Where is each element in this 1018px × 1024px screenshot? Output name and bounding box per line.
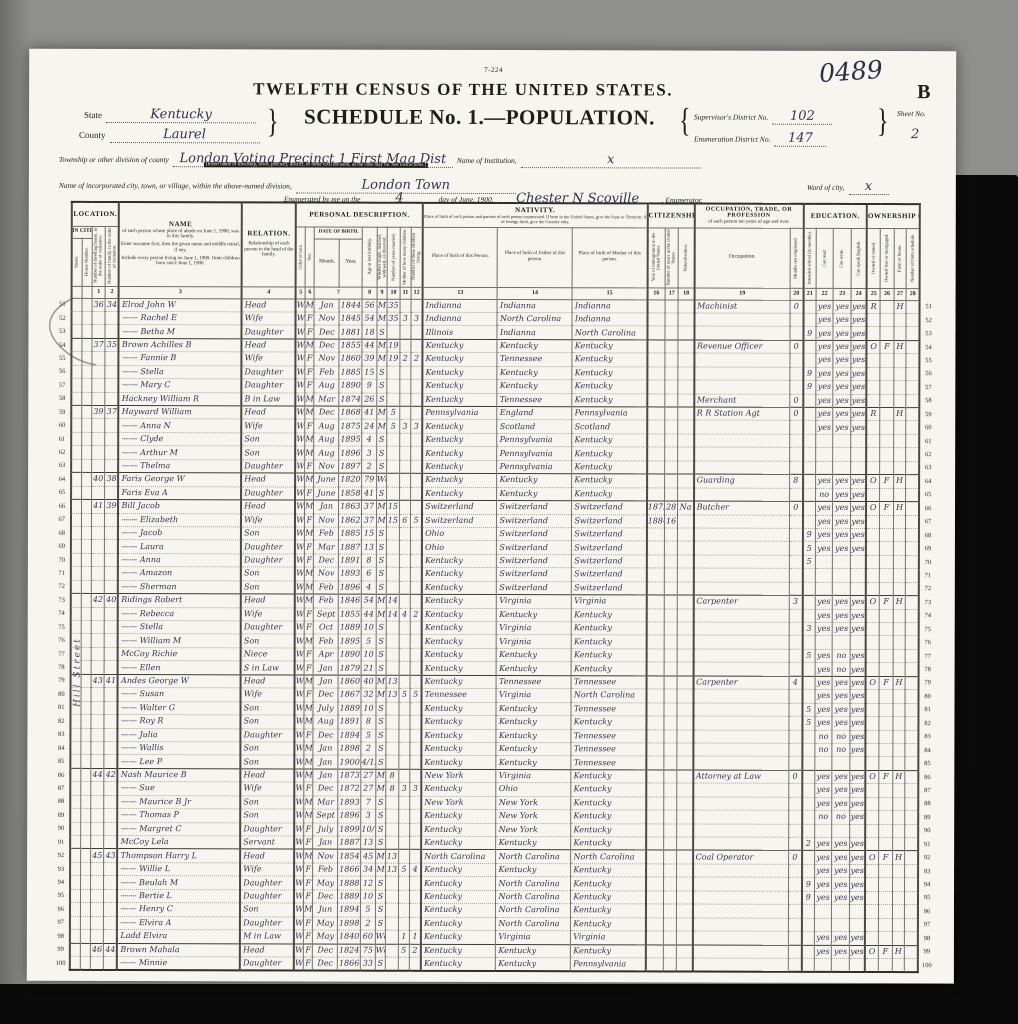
cell-fs xyxy=(906,421,920,434)
cell-mo xyxy=(399,541,410,554)
cell-own: O xyxy=(866,502,880,515)
cell-dw xyxy=(90,956,104,970)
cell-cl xyxy=(411,339,423,352)
cell-mne xyxy=(789,448,803,461)
cell-mar: S xyxy=(376,487,386,500)
cell-mar: S xyxy=(376,581,386,594)
cell-own xyxy=(865,932,879,945)
cell-nat xyxy=(678,420,694,433)
cell-pob: Ohio xyxy=(422,541,497,555)
cell-own xyxy=(866,555,880,568)
cell-fam xyxy=(105,661,119,674)
cell-rd: yes xyxy=(816,300,834,313)
cell-mne: 3 xyxy=(789,595,803,608)
cell-name: —— Roy R xyxy=(118,715,241,729)
cell-mo: 5 xyxy=(398,863,409,876)
cell-mar: S xyxy=(376,729,386,742)
form-number: 7-224 xyxy=(484,66,503,74)
cell-mpob: Kentucky xyxy=(572,474,647,488)
cell-en xyxy=(850,555,866,568)
cell-rd: yes xyxy=(814,851,832,864)
cell-byr: 1900 xyxy=(338,755,361,768)
cell-fpob: Tennessee xyxy=(497,393,572,407)
cell-fpob: Pennsylvania xyxy=(497,447,572,461)
cell-fm xyxy=(880,313,894,326)
state-line: State Kentucky xyxy=(84,105,256,123)
cell-mo xyxy=(399,460,410,473)
cell-fpob: Kentucky xyxy=(496,756,571,770)
col-farm-sched: Number of farm schedule. xyxy=(906,228,920,288)
cell-own xyxy=(866,582,880,595)
cell-mpob: Tennessee xyxy=(571,756,646,770)
cell-ym xyxy=(387,379,400,392)
cell-en xyxy=(850,824,866,837)
cell-fm xyxy=(880,542,894,555)
cell-mar: M xyxy=(377,406,387,419)
cell-name: Brown Mahala xyxy=(117,943,240,957)
cell-st xyxy=(70,876,80,889)
cell-own xyxy=(866,488,880,501)
cell-fam: 35 xyxy=(105,338,119,351)
cell-rd: yes xyxy=(815,703,833,716)
cell-imm xyxy=(647,434,665,447)
cell-bmo: Dec xyxy=(313,890,338,904)
cell-cl xyxy=(411,379,423,392)
cell-color: W xyxy=(296,393,305,406)
cell-yus xyxy=(663,918,677,931)
cell-sex: F xyxy=(304,621,313,634)
cell-rel: Daughter xyxy=(240,822,294,836)
cell-name: —— Jacob xyxy=(118,526,241,540)
cell-mpob: Switzerland xyxy=(572,581,647,595)
relation-title: RELATION. xyxy=(243,231,295,238)
cell-ym xyxy=(387,326,400,339)
cell-wr: yes xyxy=(833,313,851,326)
cell-fam: 41 xyxy=(104,674,118,687)
cell-byr: 1891 xyxy=(338,715,361,728)
cell-yus xyxy=(664,837,678,850)
cell-en: yes xyxy=(850,864,866,877)
cell-st xyxy=(70,903,80,916)
col-year: Year. xyxy=(339,239,362,287)
cell-fh xyxy=(892,824,905,837)
cell-mo: 2 xyxy=(400,353,411,366)
cell-byr: 1858 xyxy=(339,487,362,500)
col-single: Whether single, married, widowed, or div… xyxy=(377,227,388,287)
cell-nat xyxy=(678,595,694,608)
cell-mo xyxy=(399,702,410,715)
cell-nat xyxy=(678,447,694,460)
cell-en: yes xyxy=(850,811,866,824)
line-number-right: 94 xyxy=(918,878,935,891)
line-number-right: 74 xyxy=(919,609,936,622)
cell-wr xyxy=(833,448,851,461)
cell-name: —— Lee P xyxy=(118,755,241,769)
cell-fam xyxy=(105,607,119,620)
cell-sch xyxy=(803,421,816,434)
cell-fam xyxy=(104,916,118,929)
cell-age: 7 xyxy=(361,796,376,809)
cell-mo xyxy=(399,487,410,500)
cell-byr: 1863 xyxy=(339,500,362,513)
cell-fam xyxy=(105,365,119,378)
table-body: 513634Elrod John WHeadWMJan184456M35Indi… xyxy=(53,298,937,973)
cell-hn xyxy=(80,768,90,781)
cell-own: O xyxy=(865,851,879,864)
cell-color: W xyxy=(295,540,304,553)
cell-nat xyxy=(678,555,694,568)
cell-fs xyxy=(906,461,920,474)
cell-name: —— Arthur M xyxy=(119,446,242,460)
cell-fs xyxy=(904,945,918,958)
film-edge-right xyxy=(954,175,1018,995)
cell-yus xyxy=(665,380,679,393)
cell-hn xyxy=(81,432,91,445)
cell-color: W xyxy=(296,325,305,338)
line-number-left: 95 xyxy=(53,889,70,902)
cell-fpob: Kentucky xyxy=(497,487,572,501)
column-number: 10 xyxy=(387,287,400,299)
cell-cl: 5 xyxy=(410,688,422,701)
cell-sch: 9 xyxy=(803,380,816,393)
cell-dw xyxy=(91,634,105,647)
cell-name: —— Elizabeth xyxy=(118,513,241,527)
col-pob: Place of birth of this Person. xyxy=(423,227,498,287)
cell-fm xyxy=(879,864,893,877)
cell-byr: 1862 xyxy=(339,514,362,527)
cell-mar: S xyxy=(376,702,386,715)
cell-fpob: Virginia xyxy=(496,689,571,703)
cell-sex: M xyxy=(304,567,313,580)
line-number-left: 89 xyxy=(53,808,70,821)
cell-mne xyxy=(789,622,803,635)
cell-fam xyxy=(105,540,119,553)
cell-mne xyxy=(789,649,803,662)
column-number: 24 xyxy=(851,288,867,300)
cell-fpob: Kentucky xyxy=(497,380,572,394)
cell-mo xyxy=(399,379,410,392)
cell-en xyxy=(850,582,866,595)
cell-name: —— Betha M xyxy=(119,325,242,339)
cell-fpob: Kentucky xyxy=(497,339,572,353)
cell-sch xyxy=(802,958,815,972)
cell-fs xyxy=(905,690,919,703)
cell-wr xyxy=(832,824,850,837)
cell-sch xyxy=(802,730,815,743)
cell-mar: M xyxy=(377,312,387,325)
cell-bmo: Dec xyxy=(313,782,338,796)
state-label: State xyxy=(84,110,102,120)
cell-ym xyxy=(386,890,399,903)
cell-fs xyxy=(905,797,919,810)
cell-bmo: Jan xyxy=(313,836,338,850)
cell-rel: Daughter xyxy=(241,460,295,474)
cell-st xyxy=(70,916,80,929)
cell-color: W xyxy=(295,621,304,634)
cell-age: 2 xyxy=(362,460,377,473)
cell-dw xyxy=(92,352,106,365)
cell-sex: F xyxy=(303,957,312,971)
cell-hn xyxy=(81,499,91,512)
cell-age: 2 xyxy=(361,917,376,930)
cell-nat xyxy=(678,609,694,622)
cell-wr: yes xyxy=(833,528,851,541)
cell-dw xyxy=(90,930,104,943)
cell-color: W xyxy=(295,487,304,500)
cell-hn xyxy=(80,903,90,916)
right-margin xyxy=(920,204,937,300)
cell-imm xyxy=(646,904,664,917)
cell-sch xyxy=(803,488,816,501)
cell-own xyxy=(866,434,880,447)
cell-age: 54 xyxy=(361,594,376,607)
cell-sex: F xyxy=(305,312,314,325)
cell-ym xyxy=(387,473,400,486)
cell-fam xyxy=(105,634,119,647)
cell-own xyxy=(866,717,880,730)
cell-mne xyxy=(788,904,802,917)
line-number-right: 82 xyxy=(919,717,936,730)
cell-sch xyxy=(802,676,815,689)
cell-fm: F xyxy=(879,596,893,609)
cell-yus xyxy=(665,447,679,460)
cell-mpob: Kentucky xyxy=(571,783,646,797)
group-occupation: OCCUPATION, TRADE, OR PROFESSION of each… xyxy=(694,204,803,228)
cell-sex: M xyxy=(305,393,314,406)
cell-dw xyxy=(91,728,105,741)
cell-rel: Daughter xyxy=(241,554,295,568)
cell-cl xyxy=(410,796,422,809)
cell-mpob: Kentucky xyxy=(572,460,647,474)
cell-en xyxy=(850,636,866,649)
cell-ym xyxy=(387,567,400,580)
line-number-left: 69 xyxy=(54,540,71,553)
cell-fs xyxy=(905,676,919,689)
cell-sch: 5 xyxy=(803,542,816,555)
cell-mo xyxy=(398,769,409,782)
cell-fam xyxy=(104,728,118,741)
cell-fh xyxy=(893,663,906,676)
cell-mo: 3 xyxy=(398,783,409,796)
cell-mo xyxy=(399,447,410,460)
cell-dw xyxy=(91,580,105,593)
cell-fh xyxy=(894,313,907,326)
cell-ym xyxy=(386,581,399,594)
line-number-left: 53 xyxy=(54,325,71,338)
street-name-vertical: Hill Street xyxy=(72,537,82,707)
cell-imm xyxy=(647,380,665,393)
cell-mo: 5 xyxy=(399,688,410,701)
cell-cl xyxy=(411,460,423,473)
col-naturalization: Naturalization. xyxy=(679,227,695,287)
cell-pob: Kentucky xyxy=(422,366,497,380)
cell-fs xyxy=(905,703,919,716)
cell-fs xyxy=(906,555,920,568)
cell-dw xyxy=(91,486,105,499)
cell-own xyxy=(865,797,879,810)
cell-cl xyxy=(410,541,422,554)
cell-yus xyxy=(665,299,679,312)
cell-sch xyxy=(803,354,816,367)
cell-dw xyxy=(92,432,106,445)
column-number xyxy=(71,286,81,298)
col-months-not: Months not employed. xyxy=(790,228,804,288)
cell-en: yes xyxy=(851,394,867,407)
cell-mo xyxy=(399,433,410,446)
cell-own xyxy=(866,381,880,394)
cell-bmo: May xyxy=(313,876,338,890)
cell-sex: M xyxy=(304,903,313,916)
cell-wr: yes xyxy=(833,488,851,501)
cell-mo xyxy=(398,809,409,822)
cell-cl: 2 xyxy=(411,353,423,366)
cell-fh xyxy=(893,757,906,770)
cell-dw xyxy=(92,325,106,338)
cell-sch xyxy=(803,407,816,420)
cell-fam xyxy=(104,782,118,795)
cell-fs xyxy=(904,959,918,973)
cell-rel: Daughter xyxy=(240,957,294,971)
cell-wr: yes xyxy=(832,690,850,703)
cell-wr: yes xyxy=(832,716,850,729)
cell-mpob: Kentucky xyxy=(572,353,647,367)
cell-ym xyxy=(386,930,399,943)
cell-hn xyxy=(81,365,91,378)
cell-fpob: North Carolina xyxy=(497,312,572,326)
cell-fm: F xyxy=(880,475,894,488)
cell-hn xyxy=(81,513,91,526)
cell-mpob: Kentucky xyxy=(571,770,646,784)
cell-mpob: Kentucky xyxy=(571,837,646,851)
col-english: Can speak English. xyxy=(851,228,867,288)
cell-sch xyxy=(802,770,815,783)
cell-mar: S xyxy=(376,541,386,554)
cell-own xyxy=(866,636,880,649)
cell-st xyxy=(70,795,80,808)
cell-nat: Na xyxy=(678,501,694,514)
cell-occ xyxy=(693,609,789,623)
cell-en: yes xyxy=(849,932,865,945)
cell-fm xyxy=(879,717,893,730)
cell-mpob: North Carolina xyxy=(571,689,646,703)
cell-yus: 16 xyxy=(664,514,678,527)
cell-occ xyxy=(693,528,789,542)
cell-color: W xyxy=(294,849,303,862)
cell-bmo: Feb xyxy=(314,527,339,541)
line-number-right: 79 xyxy=(919,676,936,689)
cell-fm xyxy=(879,784,893,797)
cell-fm xyxy=(879,838,893,851)
cell-en: yes xyxy=(851,340,867,353)
cell-en xyxy=(850,757,866,770)
cell-mne xyxy=(789,488,803,501)
cell-imm xyxy=(646,944,664,957)
cell-rel: Head xyxy=(240,849,294,863)
cell-imm xyxy=(646,823,664,836)
cell-en: yes xyxy=(851,381,867,394)
cell-rd xyxy=(815,636,833,649)
cell-wr: yes xyxy=(832,770,850,783)
cell-mne xyxy=(789,609,803,622)
cell-mpob: Kentucky xyxy=(571,635,646,649)
cell-pob: Kentucky xyxy=(422,702,497,716)
cell-rel: Wife xyxy=(241,419,295,433)
line-number-right: 62 xyxy=(919,448,936,461)
line-number-right: 84 xyxy=(919,744,936,757)
cell-name: Andes George W xyxy=(118,674,241,688)
cell-mpob: Kentucky xyxy=(571,904,646,918)
occupation-sub: of each person ten years of age and over… xyxy=(695,219,802,225)
cell-en xyxy=(851,434,867,447)
cell-dw xyxy=(91,782,105,795)
col-imm-year: Year of immigration to the United States… xyxy=(647,227,665,287)
cell-name: Nash Maurice B xyxy=(118,768,241,782)
cell-imm xyxy=(646,797,664,810)
cell-en xyxy=(849,958,865,972)
cell-rd: yes xyxy=(814,931,832,944)
cell-bmo: Nov xyxy=(314,460,339,474)
cell-dw: 39 xyxy=(92,405,106,418)
cell-pob: Kentucky xyxy=(422,474,497,488)
line-number-left: 90 xyxy=(53,822,70,835)
cell-mar: S xyxy=(376,460,386,473)
cell-st xyxy=(71,298,81,311)
cell-byr: 1840 xyxy=(338,930,361,943)
cell-en: yes xyxy=(850,891,866,904)
cell-own: O xyxy=(867,340,881,353)
cell-color: W xyxy=(295,715,304,728)
cell-yus xyxy=(664,595,678,608)
cell-dw xyxy=(92,365,106,378)
cell-ym: 13 xyxy=(386,863,399,876)
cell-byr: 1866 xyxy=(338,957,361,971)
cell-name: —— Stella xyxy=(119,365,242,379)
cell-yus xyxy=(664,488,678,501)
cell-fpob: Scotland xyxy=(497,420,572,434)
cell-fh: H xyxy=(892,770,905,783)
cell-cl xyxy=(409,917,421,930)
cell-dw: 45 xyxy=(90,849,104,862)
cell-cl xyxy=(410,809,422,822)
cell-mne xyxy=(789,461,803,474)
cell-sex: M xyxy=(304,675,313,688)
cell-own xyxy=(865,824,879,837)
cell-pob: Kentucky xyxy=(422,729,497,743)
cell-mpob: Switzerland xyxy=(572,528,647,542)
cell-color: W xyxy=(295,728,304,741)
cell-fam: 37 xyxy=(105,405,119,418)
cell-fpob: Kentucky xyxy=(497,608,572,622)
cell-byr: 1820 xyxy=(339,473,362,486)
cell-age: 4/12 xyxy=(361,756,376,769)
cell-dw xyxy=(90,862,104,875)
cell-bmo: Feb xyxy=(313,863,338,877)
cell-fpob: North Carolina xyxy=(496,877,571,891)
cell-dw xyxy=(92,379,106,392)
cell-pob: Kentucky xyxy=(422,621,497,635)
cell-fs xyxy=(905,905,919,918)
cell-ym: 8 xyxy=(386,782,399,795)
line-number-right: 60 xyxy=(919,421,936,434)
cell-sex: F xyxy=(304,890,313,903)
cell-rel: Head xyxy=(241,594,295,608)
cell-color: W xyxy=(295,634,304,647)
cell-en: yes xyxy=(851,367,867,380)
cell-nat xyxy=(678,380,694,393)
cell-pob: Kentucky xyxy=(421,890,496,904)
line-number-right: 78 xyxy=(919,663,936,676)
cell-occ: Merchant xyxy=(694,394,790,408)
